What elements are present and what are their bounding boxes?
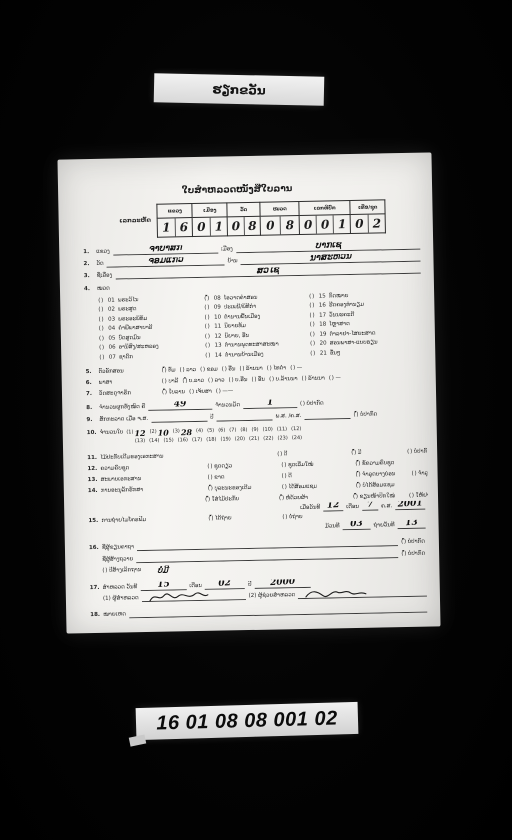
checkbox: ( )✓ — [182, 377, 187, 385]
checkbox-option: ( )ຈຳລຸດຫຼາຍ — [411, 469, 427, 477]
checkbox-option: ( )✓ບໍ່ປາກົດ — [353, 410, 377, 418]
checkbox: ( ) — [407, 447, 412, 455]
option-label: ໄທດຳ — [273, 364, 286, 372]
slot-number: (22) — [263, 434, 273, 442]
option-label: ປີສ້າງເລິກຖານ — [109, 566, 142, 575]
checkbox: ( ) — [277, 450, 282, 458]
checkbox: ( ) — [229, 376, 234, 384]
handwritten-value: 10 — [158, 428, 169, 436]
category-number: 06 — [109, 344, 116, 352]
category-option: ( )15ກົດໝາຍ — [309, 290, 405, 300]
leaf-count-slot: (7) — [229, 426, 236, 434]
category-number: 21 — [320, 349, 327, 357]
checkbox: ( ) — [251, 375, 256, 383]
category-label: ອານິສົງ/ສະຫລອງ — [119, 343, 159, 352]
option-label: ໃຫ້ຢາກັນມອດ — [415, 491, 428, 499]
slot-number: (17) — [192, 435, 202, 443]
leaf-count-slot: (24) — [292, 433, 302, 441]
checkbox-option: ( )ຂາດ — [208, 472, 278, 481]
option-label: ບໍ່ປາກົດ — [408, 537, 425, 545]
code-table: ແຂວງເມືອງວັດໝວດເລກທີປົກເທື່ອ/ຊຸດ 1601080… — [157, 199, 387, 237]
checkbox-option: ( )ຊຸດດຽວ — [207, 461, 277, 470]
handwritten-value: 28 — [181, 428, 192, 436]
slot-number: (8) — [240, 426, 247, 434]
check-mark-icon: ✓ — [355, 459, 362, 464]
leaf-count-slot: (12) — [291, 425, 301, 433]
category-number: 09 — [214, 304, 221, 312]
category-option: ( )03ພຣະອະພິທັມ — [98, 313, 204, 323]
checkbox: ( ) — [329, 374, 334, 382]
category-column: ( )✓08ໂອວາດຄຳສອນ( )09ປະເພນີ/ພິທີກຳ( )10ຕ… — [204, 291, 310, 360]
option-label: ດີ — [288, 472, 292, 480]
check-mark-icon: ✓ — [208, 483, 215, 489]
code-value-cell: 08 — [227, 216, 260, 236]
leaf-count-slot: (6) — [218, 426, 225, 434]
code-col-header: ເທື່ອ/ຊຸດ — [350, 200, 385, 215]
fill-blank — [130, 616, 427, 629]
checkbox: ( )✓ — [401, 538, 406, 546]
field-label: ຄ.ສ. — [381, 502, 392, 510]
slot-number: (21) — [249, 434, 259, 442]
field-label: ການອະນຸລັກຮັກສາ — [101, 484, 205, 494]
checkbox: ( ) — [309, 311, 314, 319]
code-digit: 2 — [367, 214, 385, 232]
category-number: 14 — [215, 351, 222, 359]
handwritten-value: 15 — [157, 580, 170, 590]
category-option: ( )12ນິຍາຍ, ອື່ນ — [205, 330, 310, 340]
checkbox: ( )✓ — [353, 492, 358, 500]
category-column: ( )01ພຣະວິໄນ( )02ພຣະສູດ( )03ພຣະອະພິທັມ( … — [98, 293, 205, 362]
checkbox-option: ( )ດີ — [277, 449, 347, 458]
checkbox: ( ) — [205, 332, 210, 340]
signature-assistant — [304, 587, 368, 599]
code-digit: 0 — [351, 215, 368, 233]
category-number: 20 — [320, 340, 327, 348]
field-label: ໄມ້ປະກັບເດີມຂອງເອກະສານ — [100, 451, 204, 461]
handwritten-value: 02 — [219, 579, 232, 589]
slot-number: (4) — [196, 426, 203, 434]
option-label: ມີ — [358, 448, 362, 456]
code-value-digits: 08 — [261, 216, 299, 235]
checkbox: ( ) — [269, 375, 274, 383]
category-label: ຕຳນານພື້ນເມືອງ — [224, 312, 260, 321]
category-number: 05 — [108, 334, 115, 342]
checkbox: ( )✓ — [204, 294, 209, 302]
leaf-count-slot: (3)28 — [173, 427, 192, 435]
leaf-count-slot: (16) — [178, 436, 188, 444]
handwritten-value: 12 — [327, 501, 340, 511]
slot-number: (10) — [262, 425, 272, 433]
line-number: 12. — [87, 464, 100, 472]
checkbox: ( ) — [162, 377, 167, 385]
checkbox-option: ( )✓ບໍ່ປາກົດ — [401, 537, 425, 545]
line-number: 6. — [86, 378, 99, 386]
fill-blank: 15 — [140, 581, 186, 591]
option-label: ຂາດ — [214, 473, 225, 481]
checkbox: ( ) — [200, 365, 205, 373]
checkbox-option: ( )✓ຈຳລຸດບາງບ່ອນ — [356, 469, 408, 478]
check-mark-icon: ✓ — [353, 492, 360, 498]
checkbox-option: ( )ດີ — [282, 471, 352, 480]
category-number: 08 — [214, 294, 221, 302]
leaf-count-slot: (2)10 — [149, 427, 168, 435]
option-label: ໄດ້ຖ່າຍ — [215, 514, 232, 522]
field-label: ຖ່າຍວັນທີ — [373, 521, 394, 529]
category-option: ( )07ຊາດົກ — [99, 351, 205, 361]
field-label: ວັດ — [96, 260, 103, 268]
code-digit: 0 — [228, 217, 244, 235]
option-label: — — [297, 363, 303, 371]
check-mark-icon: ✓ — [279, 493, 286, 499]
category-option: ( )10ຕຳນານພື້ນເມືອງ — [204, 311, 309, 321]
category-column: ( )15ກົດໝາຍ( )16ຮີດຄອງທຳນຽມ( )17ວັນນະຄະດ… — [309, 289, 406, 357]
checkbox: ( ) — [310, 340, 315, 348]
category-label: ພຣະອະພິທັມ — [118, 314, 147, 323]
leaf-count-slot: (11) — [277, 425, 287, 433]
option-label: ບ.ອື່ນ — [235, 376, 247, 384]
code-table-section: ເລກລະຫັດ ແຂວງເມືອງວັດໝວດເລກທີປົກເທື່ອ/ຊຸ… — [82, 199, 423, 240]
fill-blank: ປາກເຊ — [236, 241, 421, 254]
fill-blank — [151, 412, 207, 422]
category-option: ( )16ຮີດຄອງທຳນຽມ — [309, 300, 405, 310]
checkbox: ( ) — [290, 364, 295, 372]
option-label: ບໍ່ປາກົດ — [414, 447, 428, 455]
checkbox: ( )✓ — [208, 514, 213, 522]
fill-blank: 7 — [362, 501, 378, 510]
category-number: 12 — [214, 332, 221, 340]
code-value-digits: 01 — [193, 217, 227, 236]
field-label: ສຳຫລວດ ວັນທີ — [103, 583, 138, 592]
checkbox-option: ( )✓ທັມ — [161, 366, 175, 374]
checkbox-option: ( )ບໍ່ຖ່າຍ — [282, 512, 352, 521]
field-label: ໝາຍເຫດ — [103, 610, 126, 618]
option-label: ບາລີ — [168, 377, 178, 385]
category-label: ປະເພນີ/ພິທີກຳ — [224, 303, 256, 312]
checkbox: ( ) — [205, 342, 210, 350]
checkbox-option: ( )✓ຫໍ່ດ້ວຍຜ້າ — [279, 493, 349, 502]
archive-label-top: ຮຽກຂວັນ — [154, 73, 325, 106]
checkbox-option: ( )✓ໃບລານ — [162, 388, 185, 396]
checkbox-option: ( )— — [329, 374, 341, 382]
leaf-count-slot: (21) — [249, 434, 259, 442]
checkbox: ( ) — [411, 469, 416, 477]
field-label: ຊື່ຜູ້ສ້າງຖວາຍ — [102, 555, 133, 564]
category-label: ຕຳລາຢາ-ໄສຍະສາດ — [329, 329, 375, 338]
check-mark-icon: ✓ — [356, 469, 363, 475]
fill-blank: ສີວິໄຊ — [115, 265, 421, 280]
checkbox: ( ) — [222, 365, 227, 373]
handwritten-value: 7 — [367, 500, 374, 509]
slot-number: (7) — [229, 426, 236, 434]
handwritten-value: 12 — [134, 428, 145, 436]
checkbox: ( ) — [99, 353, 104, 361]
option-label: ໃສ່ໄມ້ປະກັບ — [212, 495, 240, 504]
checkbox: ( ) — [102, 566, 107, 574]
checkbox: ( )✓ — [205, 495, 210, 503]
leaf-count-slot: (18) — [206, 435, 216, 443]
fill-blank: ນາສະຫວັນ — [241, 253, 421, 265]
slot-number: (14) — [149, 436, 159, 444]
option-label: ບໍ່ປາກົດ — [306, 399, 323, 407]
code-value-digits: 02 — [351, 214, 385, 233]
category-label: ນິຍາຍທັມ — [224, 322, 246, 330]
option-label: ໄດ້ສ້ອມແຊມ — [288, 482, 317, 491]
category-option: ( )19ຕຳລາຢາ-ໄສຍະສາດ — [310, 328, 406, 338]
check-mark-icon: ✓ — [356, 481, 363, 486]
line-number: 4. — [84, 285, 97, 293]
line-number: 5. — [85, 367, 98, 375]
code-col-header: ເລກທີປົກ — [299, 201, 350, 216]
category-label: ພຣະສູດ — [118, 305, 137, 313]
field-label: ຄວາມຄົບຊຸດ — [100, 462, 204, 472]
checkbox: ( ) — [208, 376, 213, 384]
option-label: ບຸລະນະຂອງເດີມ — [214, 483, 251, 492]
category-label: ວັນນະຄະດີ — [329, 310, 354, 318]
handwritten-value: ບໍ່ມີ — [157, 565, 168, 573]
checkbox-option: ( )ໄດ້ສ້ອມແຊມ — [282, 482, 352, 491]
slot-number: (16) — [178, 436, 188, 444]
category-label: ນິຍາຍ, ອື່ນ — [224, 331, 249, 339]
checkbox: ( ) — [99, 344, 104, 352]
slot-number: (5) — [207, 426, 214, 434]
field-label: ແຂວງ — [96, 248, 110, 256]
category-number: 17 — [319, 311, 326, 319]
checkbox: ( ) — [204, 313, 209, 321]
checkbox-option: ( )ຊຸດເລີ່ມໃໝ່ — [281, 460, 351, 469]
code-value-cell: 01 — [192, 217, 227, 237]
form-line — [90, 616, 430, 629]
option-label: ຊຸດເລີ່ມໃໝ່ — [288, 460, 314, 468]
slot-number: (12) — [291, 425, 301, 433]
checkbox-option: ( )ໃຫ້ຢາກັນມອດ — [409, 491, 428, 499]
option-label: ລາວ — [186, 366, 196, 374]
option-label: ບໍ່ປາກົດ — [408, 549, 425, 557]
leaf-count-slot: (13) — [135, 437, 145, 445]
checkbox-option: ( )ບາລີ — [162, 377, 179, 385]
checkbox: ( )✓ — [355, 459, 360, 467]
leaf-count-slot: (4) — [196, 426, 203, 434]
code-digit: 6 — [174, 218, 192, 236]
code-col-header: ໝວດ — [260, 202, 299, 217]
line-number: 7. — [86, 389, 99, 397]
code-digit: 1 — [209, 217, 227, 235]
leaf-count-slot: (23) — [277, 434, 287, 442]
form-lines: 1.ແຂວງຈຳປາສັກເມືອງປາກເຊ2.ວັດຈອມແກ້ວບ້ານນ… — [83, 241, 430, 629]
option-label: ບ.ລ້ານນາ — [276, 375, 298, 383]
category-option: ( )17ວັນນະຄະດີ — [309, 309, 405, 319]
checkbox-option: ( )✓ຂຽນໜ້າປົກໃໝ່ — [353, 492, 405, 501]
category-label: ບົດສູດມົນ — [118, 334, 140, 342]
category-option: ( )14ຕຳນານບ້ານເມືອງ — [205, 349, 310, 359]
handwritten-value: 03 — [350, 519, 363, 529]
code-digit: 1 — [333, 215, 350, 233]
option-label: ທັມ — [168, 366, 176, 374]
checkbox-option: ( )ລາວ — [208, 376, 225, 384]
checkbox: ( )✓ — [162, 388, 167, 396]
fill-blank: 13 — [397, 519, 425, 529]
check-mark-icon: ✓ — [161, 366, 168, 371]
checkbox: ( ) — [99, 325, 104, 333]
category-number: 02 — [108, 306, 115, 314]
leaf-count-slot: (17) — [192, 435, 202, 443]
fill-blank: ຈອມແກ້ວ — [107, 256, 225, 267]
leaf-count-slot: (20) — [235, 435, 245, 443]
checkbox: ( ) — [282, 513, 287, 521]
leaf-count-slot: (14) — [149, 436, 159, 444]
category-label: ໂອວາດຄຳສອນ — [224, 293, 258, 302]
checkbox-option: ( )ບໍ່ປາກົດ — [300, 399, 324, 407]
fill-blank — [304, 410, 350, 420]
category-option: ( )20ສອນພາສາ-ແບບຮຽນ — [310, 338, 406, 348]
fill-blank — [142, 591, 246, 602]
checkbox-option: ( )✓ຂໍ້ຄວາມຄົບຊຸດ — [355, 459, 394, 468]
option-label: —— — [222, 387, 233, 395]
category-number: 15 — [319, 292, 326, 300]
option-label: ລ້ານນາ — [246, 364, 263, 372]
category-option: ( )09ປະເພນີ/ພິທີກຳ — [204, 302, 309, 312]
checkbox-option: ( )ຂອມ — [200, 365, 218, 373]
code-value-digits: 001 — [300, 215, 350, 234]
field-label: ພາສາ — [99, 377, 159, 386]
checkbox: ( )✓ — [401, 550, 406, 558]
field-label: ຕົວອັກສອນ — [98, 366, 158, 375]
slot-number: (23) — [277, 434, 287, 442]
option-label: — — [335, 374, 341, 382]
checkbox: ( ) — [239, 365, 244, 373]
check-mark-icon: ✓ — [204, 292, 211, 299]
option-label: ບ.ລາວ — [189, 376, 204, 384]
checkbox: ( )✓ — [279, 494, 284, 502]
spacer — [314, 586, 384, 587]
slot-number: (9) — [251, 425, 258, 433]
category-option: ( )02ພຣະສູດ — [98, 304, 204, 314]
check-mark-icon: ✓ — [205, 494, 212, 500]
field-label: ຈຳນວນໃບ — [100, 428, 124, 436]
leaf-count-slot: (19) — [220, 435, 230, 443]
code-digit: 0 — [193, 218, 210, 236]
checkbox-option: ( )✓ບຸລະນະຂອງເດີມ — [208, 483, 278, 492]
handwritten-value: ຈອມແກ້ວ — [148, 256, 184, 267]
slot-number: (20) — [235, 435, 245, 443]
check-mark-icon: ✓ — [162, 388, 169, 393]
spacer — [87, 445, 135, 446]
code-value-digits: 16 — [158, 218, 192, 237]
checkbox: ( ) — [409, 491, 414, 499]
checkbox: ( ) — [216, 387, 221, 395]
code-digit: 0 — [261, 216, 280, 234]
line-number: 13. — [88, 475, 101, 483]
checkbox: ( )✓ — [208, 484, 213, 492]
fill-blank — [216, 411, 272, 421]
handwritten-value: 2001 — [397, 500, 423, 509]
checkbox: ( ) — [98, 306, 103, 314]
code-col-header: ເມືອງ — [192, 203, 227, 218]
slot-number: (3) — [173, 427, 180, 435]
checkbox: ( ) — [281, 461, 286, 469]
option-label: ຂອມ — [207, 365, 218, 373]
category-label: ຮີດຄອງທຳນຽມ — [329, 301, 364, 310]
checkbox-option: ( )—— — [216, 387, 234, 395]
line-number: 8. — [86, 403, 99, 411]
leaf-count-slot: (22) — [263, 434, 273, 442]
category-option: ( )✓08ໂອວາດຄຳສອນ — [204, 292, 309, 302]
category-number: 10 — [214, 313, 221, 321]
checkbox-option: ( )✓ບ.ລາວ — [182, 376, 204, 384]
option-label: ລາວ — [214, 376, 224, 384]
checkbox-option: ( )ເຈ້ຍສາ — [189, 387, 212, 395]
checkbox-option: ( )✓ໄດ້ຖ່າຍ — [208, 513, 278, 522]
checkbox: ( )✓ — [353, 410, 358, 418]
field-label: ສັກກະລາດ ເມື່ອ ຈ.ສ. — [99, 414, 148, 423]
option-label: ລ້ານນາ — [308, 374, 325, 382]
field-label: ພ.ສ. /ຄ.ສ. — [275, 411, 301, 419]
checkbox: ( ) — [189, 388, 194, 396]
code-digit: 1 — [158, 218, 175, 236]
fill-blank: 12 — [323, 502, 343, 511]
field-label: ຊື່ເລື່ອງ — [97, 272, 113, 280]
category-number: 04 — [108, 325, 115, 333]
field-label: ຈຳນວນຜູກທັງໝົດ ຄື — [99, 402, 145, 411]
checkbox-option: ( )ໄທດຳ — [267, 364, 287, 372]
field-label: ຊື່ຜູ້ຂຽນຄາຖາ — [102, 543, 134, 552]
field-label: ເດືອນ — [346, 502, 359, 510]
category-option: ( )01ພຣະວິໄນ — [98, 294, 204, 304]
checkbox: ( )✓ — [351, 448, 356, 456]
field-label: ມ້ວນທີ — [325, 522, 340, 530]
slot-number: (18) — [206, 435, 216, 443]
category-option: ( )18ໂຫຼາສາດ — [310, 319, 406, 329]
field-label: ສະພາບເອກະສານ — [101, 473, 205, 483]
archive-code-text: 16 01 08 08 001 02 — [156, 707, 338, 735]
option-label: ຊຸດດຽວ — [214, 462, 232, 470]
category-label: ອື່ນໆ — [330, 349, 341, 357]
option-label: ອື່ນ — [258, 375, 265, 383]
checkbox: ( ) — [300, 399, 305, 407]
option-label: ໃບລານ — [168, 388, 185, 396]
line-number: 2. — [83, 260, 96, 268]
category-option: ( )04ຄຳພີພາສາບາລີ — [99, 323, 205, 333]
category-number: 11 — [214, 323, 221, 331]
leaf-count-slot: (9) — [251, 425, 258, 433]
checkbox: ( ) — [310, 330, 315, 338]
code-table-label: ເລກລະຫັດ — [119, 217, 151, 226]
handwritten-value: 13 — [405, 519, 418, 528]
option-label: ຈຳລຸດຫຼາຍ — [418, 469, 428, 477]
field-label: ເມື່ອວັນທີ — [300, 503, 320, 511]
checkbox: ( ) — [98, 296, 103, 304]
code-value-digits: 08 — [228, 217, 260, 236]
category-number: 19 — [319, 330, 326, 338]
option-label: ຫໍ່ດ້ວຍຜ້າ — [285, 493, 308, 501]
field-label: ວັດສະດຸຈາຣຶກ — [99, 388, 159, 397]
handwritten-value: ສີວິໄຊ — [256, 266, 279, 276]
slot-number: (1) — [126, 428, 133, 436]
checkbox-option: ( )✓ບໍ່ໄດ້ສ້ອມແຊມ — [356, 481, 395, 490]
category-option: ( )21ອື່ນໆ — [310, 347, 406, 357]
checkbox-option: ( )ບ.ລ້ານນາ — [269, 375, 298, 384]
checkbox-option: ( )✓ມີ — [351, 448, 403, 457]
checkbox-option: ( )ບ.ອື່ນ — [229, 376, 248, 384]
category-label: ໂຫຼາສາດ — [329, 320, 350, 328]
field-label: (1) ຜູ້ສຳຫລວດ — [103, 594, 139, 603]
checkbox: ( ) — [267, 364, 272, 372]
fill-blank: 1 — [243, 399, 297, 409]
code-value-cell: 001 — [299, 215, 350, 235]
leaf-count-slot: (1)12 — [126, 427, 145, 435]
leaf-count-slot: (5) — [207, 426, 214, 434]
code-value-cell: 08 — [260, 215, 299, 235]
handwritten-value: ປາກເຊ — [315, 241, 341, 251]
